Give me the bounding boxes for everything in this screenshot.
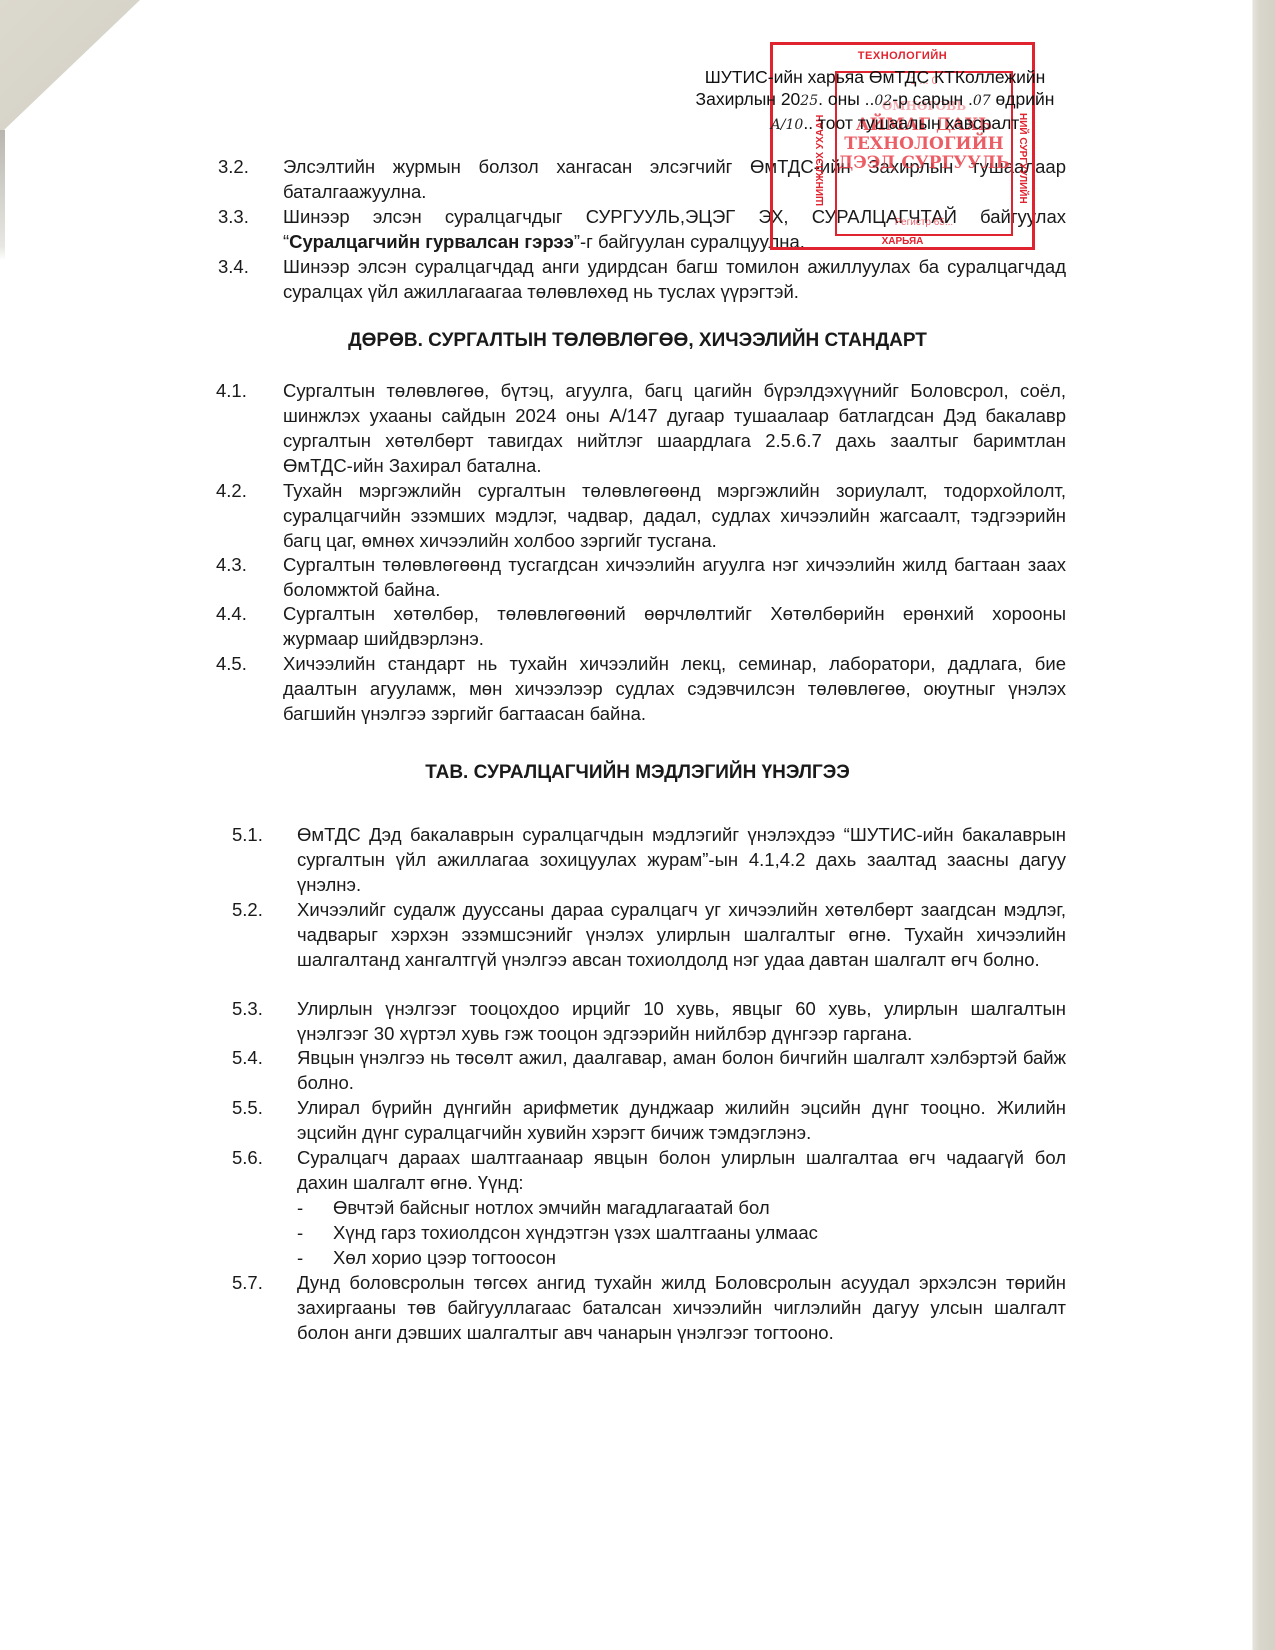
clause-4-5: 4.5. Хичээлийн стандарт нь тухайн хичээл… xyxy=(216,651,1066,726)
bullet-marker: - xyxy=(297,1220,303,1245)
clause-number: 5.7. xyxy=(232,1270,263,1295)
clause-number: 3.3. xyxy=(218,204,249,229)
clause-number: 5.3. xyxy=(232,996,263,1021)
clause-4-1: 4.1. Сургалтын төлөвлөгөө, бүтэц, агуулг… xyxy=(216,378,1066,478)
clause-number: 5.4. xyxy=(232,1045,263,1070)
clause-4-2: 4.2. Тухайн мэргэжлийн сургалтын төлөвлө… xyxy=(216,478,1066,553)
handwritten-year: 25 xyxy=(800,93,818,109)
list-item-text: Өвчтэй байсныг нотлох эмчийн магадлагаат… xyxy=(333,1197,770,1218)
stamp-top-text: ТЕХНОЛОГИЙН xyxy=(773,50,1032,62)
scan-right-edge xyxy=(1252,0,1275,1650)
clause-text: Сургалтын хөтөлбөр, төлөвлөгөөний өөрчлө… xyxy=(283,601,1066,651)
list-item-text: Хүнд гарз тохиолдсон хүндэтгэн үзэх шалт… xyxy=(333,1222,818,1243)
header-text: -р сарын . xyxy=(892,89,973,109)
clause-text: Хичээлийг судалж дууссаны дараа суралцаг… xyxy=(297,897,1066,972)
clause-3-4: 3.4. Шинээр элсэн суралцагчдад анги удир… xyxy=(218,254,1066,304)
header-line-1: ШУТИС-ийн харьяа ӨмТДС КТКоллежийн xyxy=(640,66,1110,88)
handwritten-month: 02 xyxy=(874,93,892,109)
clause-5-3: 5.3. Улирлын үнэлгээг тооцохдоо ирцийг 1… xyxy=(232,996,1066,1046)
clause-number: 4.4. xyxy=(216,601,247,626)
clause-text: Тухайн мэргэжлийн сургалтын төлөвлөгөөнд… xyxy=(283,478,1066,553)
section-5-heading: ТАВ. СУРАЛЦАГЧИЙН МЭДЛЭГИЙН ҮНЭЛГЭЭ xyxy=(0,762,1275,784)
clause-5-5: 5.5. Улирал бүрийн дүнгийн арифметик дун… xyxy=(232,1095,1066,1145)
clause-4-4: 4.4. Сургалтын хөтөлбөр, төлөвлөгөөний ө… xyxy=(216,601,1066,651)
contract-name: Суралцагчийн гурвалсан гэрээ xyxy=(289,231,574,252)
header-line-2: Захирлын 2025. оны ..02-р сарын .07 өдри… xyxy=(640,88,1110,112)
clause-number: 3.2. xyxy=(218,154,249,179)
header-text: өдрийн xyxy=(991,89,1055,109)
clause-text: Улирлын үнэлгээг тооцохдоо ирцийг 10 хув… xyxy=(297,996,1066,1046)
clause-text: ӨмТДС Дэд бакалаврын суралцагчдын мэдлэг… xyxy=(297,822,1066,897)
scan-edge-shadow xyxy=(0,130,5,260)
stamp-center-line: ТЕХНОЛОГИЙН xyxy=(835,135,1013,154)
clause-text: Дунд боловсролын төгсөх ангид тухайн жил… xyxy=(297,1270,1066,1345)
clause-number: 4.5. xyxy=(216,651,247,676)
clause-number: 5.1. xyxy=(232,822,263,847)
clause-text: Шинээр элсэн суралцагчдад анги удирдсан … xyxy=(283,254,1066,304)
clause-5-4: 5.4. Явцын үнэлгээ нь төсөлт ажил, даалг… xyxy=(232,1045,1066,1095)
list-item-text: Хөл хорио цээр тогтоосон xyxy=(333,1247,556,1268)
clause-text: Сургалтын төлөвлөгөөнд тусгагдсан хичээл… xyxy=(283,552,1066,602)
clause-number: 5.5. xyxy=(232,1095,263,1120)
reasons-list: - Өвчтэй байсныг нотлох эмчийн магадлага… xyxy=(297,1195,1057,1270)
scan-corner-fold xyxy=(0,0,150,135)
clause-text: Улирал бүрийн дүнгийн арифметик дунджаар… xyxy=(297,1095,1066,1145)
clause-number: 4.3. xyxy=(216,552,247,577)
clause-number: 5.6. xyxy=(232,1145,263,1170)
attachment-header: ШУТИС-ийн харьяа ӨмТДС КТКоллежийн Захир… xyxy=(640,66,1110,136)
clause-number: 5.2. xyxy=(232,897,263,922)
clause-4-3: 4.3. Сургалтын төлөвлөгөөнд тусгагдсан х… xyxy=(216,552,1066,602)
handwritten-day: 07 xyxy=(973,93,991,109)
header-line-3: A/10.. тоот тушаалын хавсралт xyxy=(640,112,1110,136)
clause-5-1: 5.1. ӨмТДС Дэд бакалаврын суралцагчдын м… xyxy=(232,822,1066,897)
clause-text: Явцын үнэлгээ нь төсөлт ажил, даалгавар,… xyxy=(297,1045,1066,1095)
clause-text: Сургалтын төлөвлөгөө, бүтэц, агуулга, ба… xyxy=(283,378,1066,478)
clause-text: Суралцагч дараах шалтгаанаар явцын болон… xyxy=(297,1145,1066,1195)
header-text: .. тоот тушаалын хавсралт xyxy=(803,113,1019,133)
stamp-center-line: ДЭЭД СУРГУУЛЬ xyxy=(835,154,1013,173)
bullet-marker: - xyxy=(297,1195,303,1220)
clause-5-7: 5.7. Дунд боловсролын төгсөх ангид тухай… xyxy=(232,1270,1066,1345)
clause-number: 4.1. xyxy=(216,378,247,403)
clause-number: 4.2. xyxy=(216,478,247,503)
bullet-marker: - xyxy=(297,1245,303,1270)
header-text: Захирлын 20 xyxy=(696,89,801,109)
stamp-register: Регистр 65... xyxy=(835,217,1013,228)
list-item: - Хөл хорио цээр тогтоосон xyxy=(297,1245,1057,1270)
clause-number: 3.4. xyxy=(218,254,249,279)
list-item: - Хүнд гарз тохиолдсон хүндэтгэн үзэх ша… xyxy=(297,1220,1057,1245)
handwritten-order-number: A/10 xyxy=(771,117,804,133)
stamp-bottom-text: ХАРЬЯА xyxy=(773,236,1032,247)
section-4-heading: ДӨРӨВ. СУРГАЛТЫН ТӨЛӨВЛӨГӨӨ, ХИЧЭЭЛИЙН С… xyxy=(0,330,1275,352)
header-text: . оны .. xyxy=(818,89,874,109)
clause-5-2: 5.2. Хичээлийг судалж дууссаны дараа сур… xyxy=(232,897,1066,972)
clause-text: Хичээлийн стандарт нь тухайн хичээлийн л… xyxy=(283,651,1066,726)
list-item: - Өвчтэй байсныг нотлох эмчийн магадлага… xyxy=(297,1195,1057,1220)
clause-5-6: 5.6. Суралцагч дараах шалтгаанаар явцын … xyxy=(232,1145,1066,1195)
